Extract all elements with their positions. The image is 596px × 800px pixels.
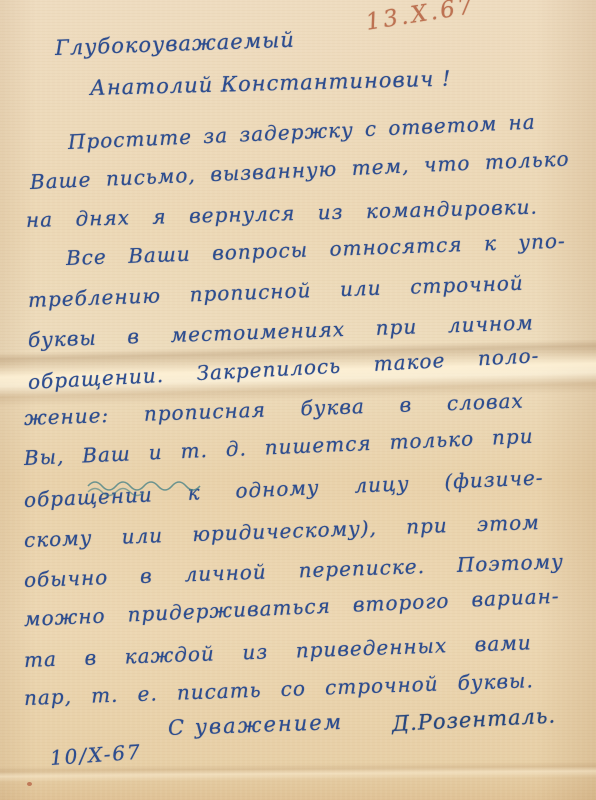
letter-line: Простите за задержку с ответом на — [67, 110, 536, 154]
ink-speck — [27, 782, 32, 786]
received-date-annotation: 13.X.67 — [364, 0, 477, 36]
letter-line: пар, т. е. писать со строчной буквы. — [24, 668, 535, 710]
signature: Д.Розенталь. — [391, 703, 556, 736]
letter-date: 10/X-67 — [49, 740, 142, 770]
letter-line: обычно в личной переписке. Поэтому — [24, 549, 565, 592]
closing-salutation: С уважением — [168, 710, 344, 740]
letter-line: Вы, Ваш и т. д. пишется только при — [23, 424, 534, 470]
letter-line: треблению прописной или строчной — [28, 271, 525, 312]
letter-line: Глубокоуважаемый — [55, 28, 296, 60]
letter-line: скому или юридическому), при этом — [24, 510, 541, 552]
letter-line: обращении. Закрепилось такое поло- — [27, 343, 540, 394]
letter-line: Анатолий Константинович ! — [90, 67, 431, 100]
letter-line: можно придерживаться второго вариан- — [23, 584, 560, 631]
letter-line: Ваше письмо, вызванную тем, что только — [29, 146, 570, 194]
letter-line: Все Ваши вопросы относятся к упо- — [66, 229, 567, 270]
letter-line: жение: прописная буква в словах — [24, 389, 525, 430]
letter-paper: 13.X.67 ГлубокоуважаемыйАнатолий Констан… — [0, 0, 596, 800]
letter-line: на днях я вернулся из командировки. — [26, 195, 538, 232]
letter-line: обращении к одному лицу (физиче- — [23, 465, 544, 512]
letter-line: та в каждой из приведенных вами — [24, 630, 533, 672]
letter-line: буквы в местоимениях при личном — [28, 310, 535, 352]
